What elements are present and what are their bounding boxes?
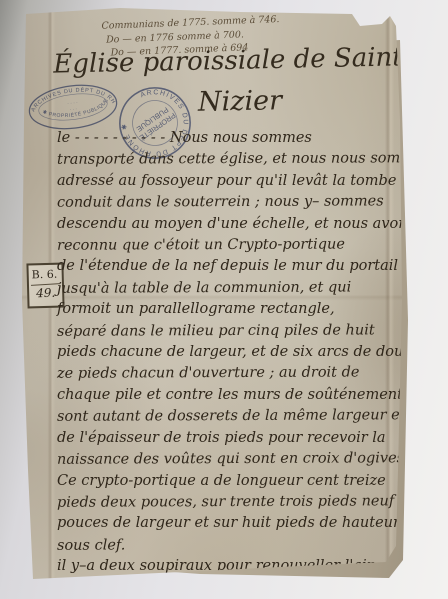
manuscript-line: conduit dans le souterrein ; nous y– som… (57, 191, 405, 214)
manuscript-line: chaque pile et contre les murs de soûtén… (57, 385, 405, 406)
manuscript-line: adressé au fossoyeur pour qu'il levât la… (57, 171, 405, 192)
manuscript-line: pieds chacune de largeur, et de six arcs… (57, 342, 405, 363)
svg-text:✱ PROPRIÉTÉ PUBLIQUE ✱: ✱ PROPRIÉTÉ PUBLIQUE ✱ (23, 76, 111, 124)
manuscript-line: le - - - - - - - - - - Nous nous sommes (57, 128, 405, 149)
manuscript-line: transporté dans cette église, et nous no… (57, 149, 405, 172)
manuscript-page: Communians de 1775. somme à 746. Do — en… (0, 0, 448, 599)
manuscript-line: de l'étendue de la nef depuis le mur du … (57, 256, 405, 277)
manuscript-line: ze pieds chacun d'ouverture ; au droit d… (57, 363, 405, 386)
manuscript-line: formoit un parallellograme rectangle, (57, 299, 405, 320)
page-title-line1: Église paroissiale de Saint (52, 42, 405, 79)
manuscript-line: séparé dans le milieu par cinq piles de … (57, 320, 405, 343)
manuscript-line: Ce crypto-portique a de longueur cent tr… (57, 471, 405, 492)
manuscript-line: sous clef. (57, 534, 405, 557)
manuscript-line: pouces de largeur et sur huit pieds de h… (57, 513, 405, 534)
manuscript-line: naissance des voûtes qui sont en croix d… (57, 448, 405, 471)
manuscript-line: sont autant de dosserets de la même larg… (57, 406, 405, 429)
photo-background: Communians de 1775. somme à 746. Do — en… (0, 0, 448, 599)
oval-stamp-bottom-text: ✱ PROPRIÉTÉ PUBLIQUE ✱ (23, 76, 111, 124)
manuscript-line: reconnu que c'étoit un Crypto-portique (57, 234, 405, 257)
manuscript-body: le - - - - - - - - - - Nous nous sommes … (57, 128, 405, 578)
manuscript-line: de l'épaisseur de trois pieds pour recev… (57, 428, 405, 449)
manuscript-line: jusqu'à la table de la communion, et qui (57, 277, 405, 300)
manuscript-line: descendu au moyen d'une échelle, et nous… (57, 214, 405, 235)
manuscript-line: pieds deux pouces, sur trente trois pied… (57, 491, 405, 514)
oval-stamp-center-text2: · · · (69, 107, 78, 113)
oval-stamp-center-text1: · · · · (67, 101, 78, 107)
